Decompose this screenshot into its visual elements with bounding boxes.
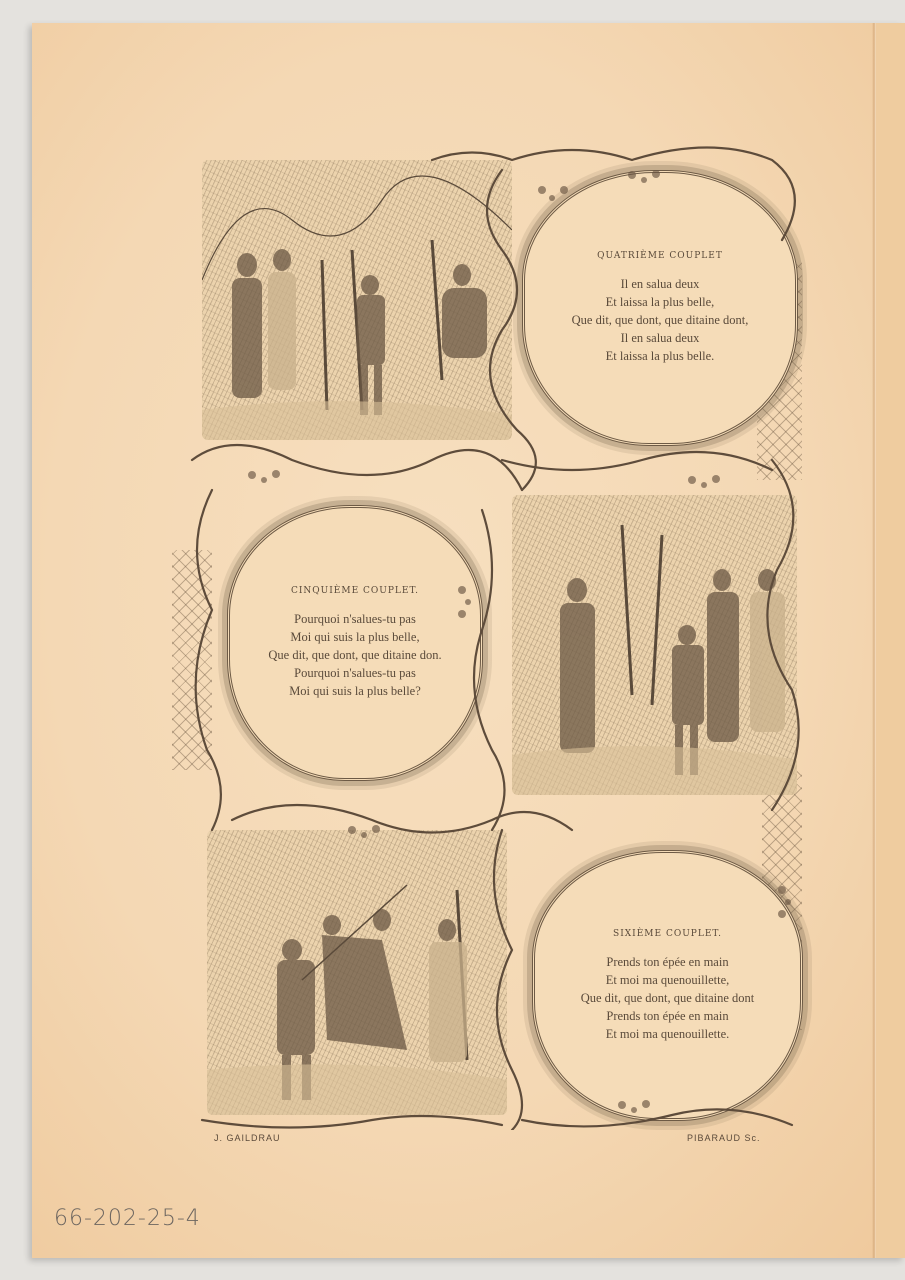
couplet-6-title: SIXIÈME COUPLET.	[613, 929, 722, 939]
scene-top-left	[202, 160, 512, 440]
illustration-sword-scene	[207, 830, 507, 1115]
verse-line: Que dit, que dont, que ditaine dont	[581, 989, 755, 1007]
couplet-4-title: QUATRIÈME COUPLET	[597, 251, 723, 261]
couplet-4-verse: Il en salua deux Et laissa la plus belle…	[572, 275, 749, 365]
verse-line: Pourquoi n'salues-tu pas	[268, 664, 441, 682]
verse-line: Prends ton épée en main	[581, 953, 755, 971]
verse-line: Pourquoi n'salues-tu pas	[268, 610, 441, 628]
verse-line: Prends ton épée en main	[581, 1007, 755, 1025]
adjacent-page-edge	[876, 23, 905, 1258]
verse-line: Que dit, que dont, que ditaine don.	[268, 646, 441, 664]
couplet-5-verse: Pourquoi n'salues-tu pas Moi qui suis la…	[268, 610, 441, 700]
scene-middle-right	[512, 495, 797, 795]
couplet-6-cartouche: SIXIÈME COUPLET. Prends ton épée en main…	[532, 850, 803, 1121]
inventory-number: 66-202-25-4	[54, 1206, 201, 1231]
illustration-bowing-suitor	[202, 160, 512, 440]
scene-bottom-left	[207, 830, 507, 1115]
trellis-ornament-left-middle	[172, 550, 212, 770]
verse-line: Et laissa la plus belle,	[572, 293, 749, 311]
engraver-signature: PIBARAUD Sc.	[687, 1133, 761, 1143]
paper-page: QUATRIÈME COUPLET Il en salua deux Et la…	[32, 23, 905, 1258]
verse-line: Et laissa la plus belle.	[572, 347, 749, 365]
artist-signature: J. GAILDRAU	[214, 1133, 281, 1143]
couplet-6-verse: Prends ton épée en main Et moi ma quenou…	[581, 953, 755, 1043]
couplet-5-title: CINQUIÈME COUPLET.	[291, 586, 419, 596]
verse-line: Il en salua deux	[572, 329, 749, 347]
couplet-5-cartouche: CINQUIÈME COUPLET. Pourquoi n'salues-tu …	[227, 505, 483, 781]
verse-line: Et moi ma quenouillette,	[581, 971, 755, 989]
verse-line: Moi qui suis la plus belle?	[268, 682, 441, 700]
verse-line: Il en salua deux	[572, 275, 749, 293]
verse-line: Moi qui suis la plus belle,	[268, 628, 441, 646]
engraving-plate: QUATRIÈME COUPLET Il en salua deux Et la…	[172, 130, 802, 1130]
verse-line: Que dit, que dont, que ditaine dont,	[572, 311, 749, 329]
couplet-4-cartouche: QUATRIÈME COUPLET Il en salua deux Et la…	[522, 170, 798, 446]
verse-line: Et moi ma quenouillette.	[581, 1025, 755, 1043]
illustration-three-girls	[512, 495, 797, 795]
